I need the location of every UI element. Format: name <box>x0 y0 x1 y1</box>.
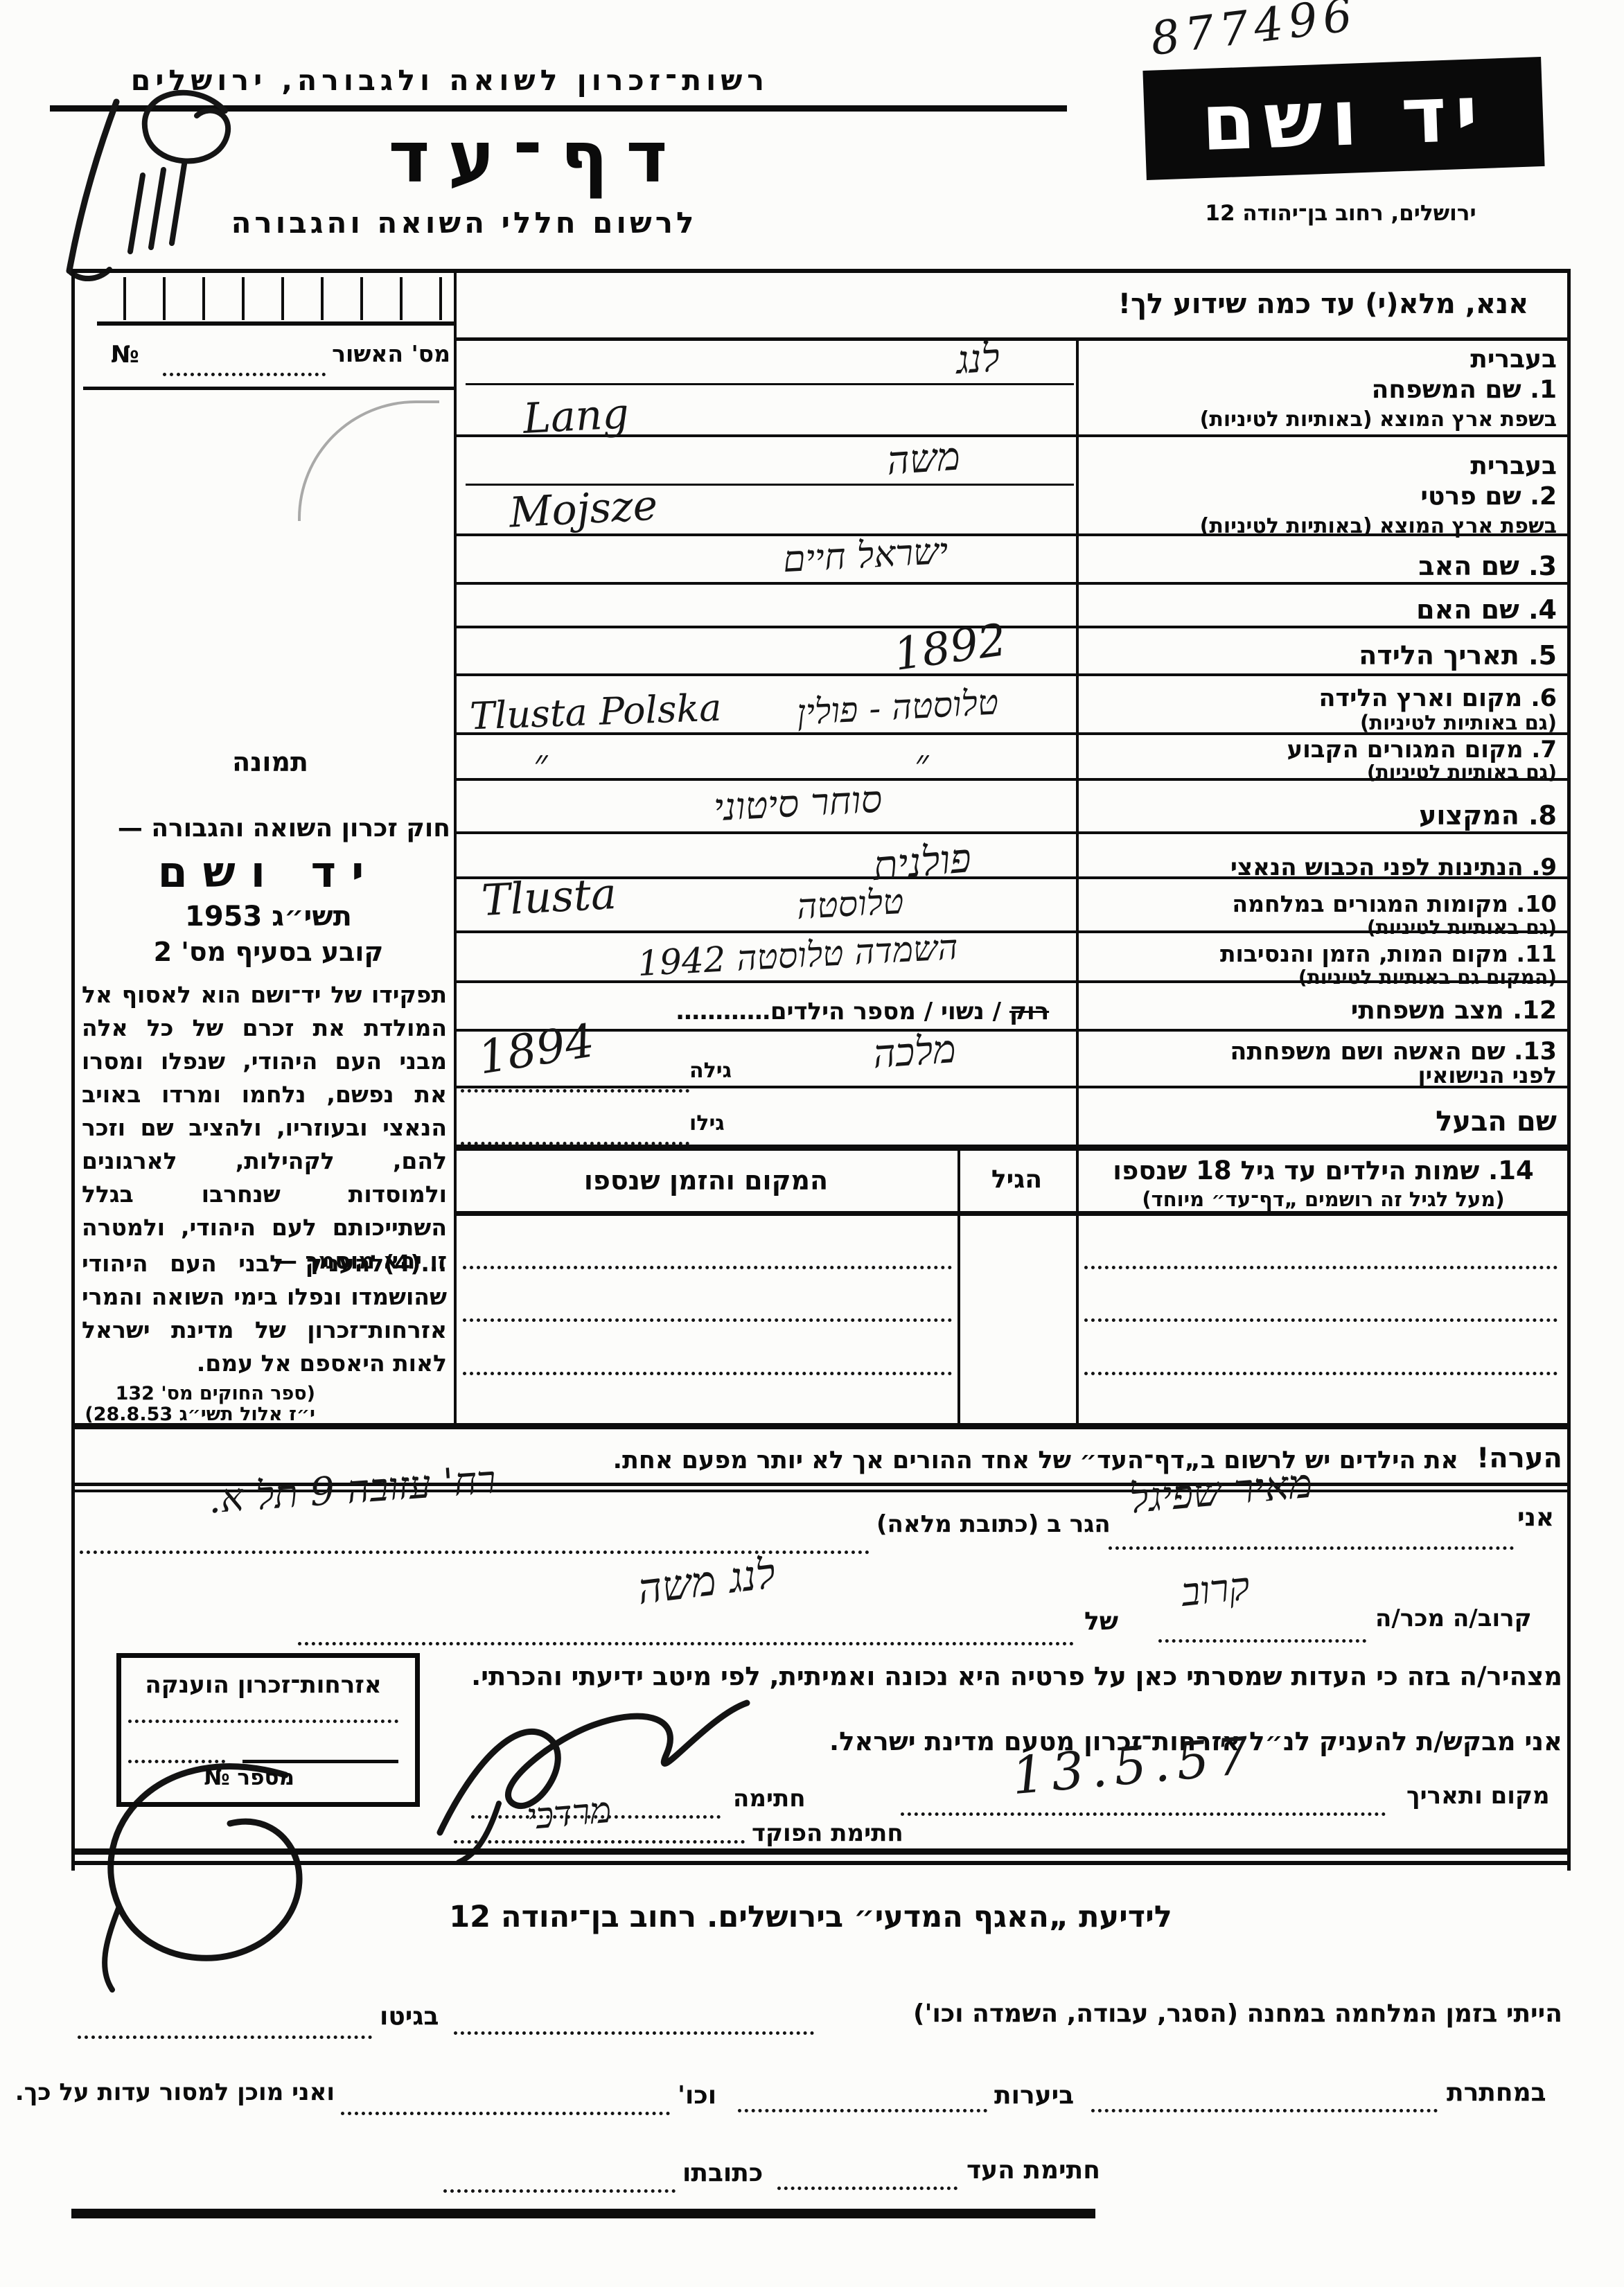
camp-answer-line[interactable] <box>454 2031 814 2035</box>
field-13-sublabel: לפני הנישואין <box>1091 1063 1557 1089</box>
residence-ditto-left: ״ <box>533 741 548 785</box>
page-of-testimony: רשות־זכרון לשואה ולגבורה, ירושלים דף־עד … <box>0 0 1624 2287</box>
field-1-sublabel: בשפת ארץ המוצא (באותיות לטיניות) <box>1091 407 1557 432</box>
logo-address: ירושלים, רחוב בן־יהודה 12 <box>1133 201 1548 227</box>
profession-handwritten: סוחר סיטוני <box>713 777 883 830</box>
comb-tick <box>360 277 363 320</box>
citizenship-box-rule <box>242 1760 398 1763</box>
firstname-latin-handwritten: Mojsze <box>508 481 658 537</box>
comb-tick <box>400 277 403 320</box>
table-row-line[interactable] <box>1084 1318 1557 1322</box>
table-header-rule <box>454 1211 1571 1216</box>
surname-hebrew-handwritten: לנג <box>955 335 1001 383</box>
field-1-hebrew-tag: בעברית <box>1091 345 1557 374</box>
field-11-sublabel: (המקום גם באותיות לטיניות) <box>1091 966 1557 989</box>
field-4-label: 4. שם האם <box>1091 594 1557 626</box>
wartime-residence-latin-handwritten: Tlusta <box>480 868 617 926</box>
label-divider <box>1076 339 1079 1425</box>
citizenship-box-title: אזרחות־זכרון הוענקה <box>128 1671 398 1699</box>
wife-name-handwritten: מלכה <box>872 1027 957 1077</box>
witness-signature <box>416 1677 776 1864</box>
firstname-hebrew-handwritten: משה <box>885 434 962 484</box>
pencil-mark <box>48 73 291 288</box>
father-name-handwritten: ישראל חיים <box>782 531 949 581</box>
declarant-i-label: אני <box>1517 1503 1554 1533</box>
relation-handwritten: קרוב <box>1179 1564 1252 1616</box>
law-reference-1: (ספר החוקים מס' 132 <box>87 1383 315 1405</box>
relation-line[interactable] <box>1158 1639 1366 1643</box>
yad-vashem-logo: יד ושם <box>1142 57 1544 180</box>
field-6-sublabel: (גם באותיות לטיניות) <box>1091 711 1557 734</box>
field-2-hebrew-tag: בעברית <box>1091 452 1557 481</box>
underground-answer-line[interactable] <box>1091 2109 1438 2112</box>
frame-top <box>71 269 1571 273</box>
birthplace-hebrew-handwritten: טלוסטה - פולין <box>796 682 1000 732</box>
wife-age-label: גילה <box>689 1059 732 1083</box>
witness-signature-label: חתימת העד <box>967 2156 1100 2185</box>
scientific-branch-notice: לידיעת „האגף המדעי״ בירושלים. רחוב בן־יה… <box>291 1900 1330 1935</box>
field-rule <box>454 673 1571 676</box>
of-label: של <box>1084 1607 1118 1636</box>
field-2-sublabel: בשפת ארץ המוצא (באותיות לטיניות) <box>1091 514 1557 538</box>
comb-tick <box>281 277 284 320</box>
place-time-column-header: המקום והזמן שנספו <box>457 1165 955 1197</box>
witness-signature-line[interactable] <box>777 2187 957 2190</box>
law-paragraph-2: ...(4)להעניק לבני העם היהודי שהושמדו ונפ… <box>82 1247 447 1380</box>
surname-latin-handwritten: Lang <box>522 389 630 443</box>
field-6-label: 6. מקום וארץ הלידה <box>1091 685 1557 713</box>
field-12-label: 12. מצב משפחתי <box>1091 996 1557 1025</box>
witness-address-label: כתובתו <box>682 2159 763 2188</box>
field-rule <box>454 626 1571 628</box>
husband-age-label: גילו <box>689 1111 725 1136</box>
form-title: דף־עד <box>315 116 759 200</box>
instruction-underline <box>454 337 1571 341</box>
field-7-label: 7. מקום המגורים הקבוע <box>1091 736 1557 763</box>
field-9-label: 9. הנתינות לפני הכבוש הנאצי <box>1091 854 1557 881</box>
table-row-line[interactable] <box>1084 1266 1557 1269</box>
declarant-name-line[interactable] <box>1109 1546 1514 1550</box>
victim-name-line[interactable] <box>298 1642 1074 1645</box>
etc-answer-line[interactable] <box>341 2112 670 2115</box>
wife-age-line[interactable] <box>461 1089 689 1093</box>
comb-tick <box>439 277 442 320</box>
victim-name-handwritten: לנג משה <box>635 1549 778 1614</box>
table-row-line[interactable] <box>463 1318 952 1322</box>
ghetto-answer-line[interactable] <box>78 2036 372 2039</box>
frame-right <box>1567 269 1571 1871</box>
law-heading: חוק זכרון השואה והגבורה — <box>87 814 450 843</box>
husband-name-label: שם הבעל <box>1091 1106 1557 1138</box>
option-married-and-children[interactable]: / נשוי / מספר הילדים………… <box>676 998 1001 1025</box>
approval-number-line[interactable] <box>163 373 326 376</box>
form-subtitle: לרשום חללי השואה והגבורה <box>152 206 776 240</box>
citizenship-box-line[interactable] <box>128 1720 398 1723</box>
underground-label: במחתרת <box>1447 2078 1546 2108</box>
death-place-handwritten: השמדה טלוסטה 1942 <box>637 927 959 984</box>
table-bottom-rule <box>71 1423 1571 1429</box>
law-paragraph-1: תפקידו של יד־ושם הוא לאסוף אל המולדת את … <box>82 978 447 1278</box>
sidebar-divider <box>454 269 457 1427</box>
field-7-sublabel: (גם באותיות לטיניות) <box>1091 761 1557 784</box>
field-10-label: 10. מקומות המגורים במלחמה <box>1091 891 1557 918</box>
birthplace-latin-handwritten: Tlusta Polska <box>469 686 722 739</box>
approval-underline <box>83 387 454 390</box>
place-date-label: מקום ותאריך <box>1406 1782 1550 1810</box>
children-names-note: (מעל לגיל זה רושמים „דף־עד״ מיוחד) <box>1084 1187 1562 1211</box>
etc-label: וכו' <box>678 2081 716 2110</box>
clerk-signature-handwritten: מרדכי <box>525 1790 613 1838</box>
citizenship-handwritten: פולנית <box>871 834 973 890</box>
field-2-label: 2. שם פרטי <box>1091 482 1557 511</box>
relation-label: קרוב/ה מכר/ה <box>1375 1605 1532 1632</box>
field-rule <box>454 582 1571 585</box>
place-date-line[interactable] <box>901 1812 1386 1816</box>
footer-double-rule-b <box>71 1861 1571 1865</box>
file-number-handwritten: 877496 <box>1147 0 1360 66</box>
citizenship-box-number-line[interactable] <box>128 1760 225 1763</box>
fill-instruction: אנא, מלא(י) עד כמה שידוע לך! <box>1091 288 1555 321</box>
comb-tick <box>321 277 324 320</box>
no-symbol: № <box>111 341 139 369</box>
field-1-label: 1. שם המשפחה <box>1091 376 1557 405</box>
residence-ditto-right: ״ <box>915 741 929 785</box>
field-11-label: 11. מקום המות, הזמן והנסיבות <box>1091 941 1557 968</box>
law-yad-vashem: יד ושם <box>87 847 450 897</box>
table-row-line[interactable] <box>463 1372 952 1375</box>
field-rule <box>454 1029 1571 1032</box>
field-8-label: 8. המקצוע <box>1091 800 1557 831</box>
table-row-line[interactable] <box>463 1266 952 1269</box>
wartime-residence-hebrew-handwritten: טלוסטה <box>796 881 905 927</box>
comb-tick <box>202 277 205 320</box>
clerk-signature-line[interactable] <box>454 1840 745 1844</box>
birth-year-handwritten: 1892 <box>891 615 1010 681</box>
frame-left <box>71 269 75 1871</box>
answer-rule <box>466 484 1074 486</box>
witness-address-line[interactable] <box>443 2189 676 2193</box>
wife-birth-year-handwritten: 1894 <box>475 1014 598 1084</box>
footer-double-rule-a <box>71 1848 1571 1855</box>
clerk-signature-label: חתימת הפוקד <box>752 1819 903 1847</box>
comb-tick <box>163 277 166 320</box>
law-year: תשי״ג 1953 <box>87 901 450 933</box>
declarant-address-handwritten: רח' עזובה 9 תל א. <box>206 1458 497 1523</box>
photo-label: תמונה <box>201 747 339 778</box>
note-label: הערה! <box>1465 1442 1562 1475</box>
table-top-rule <box>454 1145 1571 1151</box>
yad-vashem-logo-text: יד ושם <box>1200 69 1488 168</box>
field-5-label: 5. תאריך הלידה <box>1091 640 1557 671</box>
camp-question: הייתי בזמן המלחמה במחנה (הסגר, עבודה, הש… <box>824 1999 1562 2029</box>
field-3-label: 3. שם האב <box>1091 551 1557 582</box>
option-single[interactable]: רוק <box>1009 998 1049 1025</box>
citizenship-box-number-label: מספר № <box>128 1765 294 1791</box>
forests-label: ביערות <box>994 2081 1074 2110</box>
photo-corner-mark <box>298 400 439 521</box>
comb-baseline <box>97 321 454 326</box>
ready-to-testify: ואני מוכן למסור עדות על כך. <box>73 2078 335 2106</box>
law-clause: קובע בסעיף מס' 2 <box>87 937 450 968</box>
field-10-sublabel: (גם באותיות לטיניות) <box>1091 916 1557 939</box>
table-row-line[interactable] <box>1084 1372 1557 1375</box>
answer-rule <box>466 383 1074 385</box>
bottom-heavy-bar <box>71 2209 1095 2218</box>
children-names-header: 14. שמות הילדים עד גיל 18 שנספו <box>1084 1156 1562 1186</box>
age-column-header: הגיל <box>960 1165 1074 1194</box>
address-label: הגר ב (כתובת מלאה) <box>876 1510 1111 1538</box>
forests-answer-line[interactable] <box>738 2109 987 2112</box>
comb-tick <box>242 277 245 320</box>
comb-tick <box>123 277 126 320</box>
approval-number-label: מס' האשור <box>326 341 450 368</box>
marital-status-options[interactable]: רוק / נשוי / מספר הילדים………… <box>651 998 1074 1025</box>
ghetto-label: בגיטו <box>380 2002 439 2031</box>
field-rule <box>454 831 1571 834</box>
